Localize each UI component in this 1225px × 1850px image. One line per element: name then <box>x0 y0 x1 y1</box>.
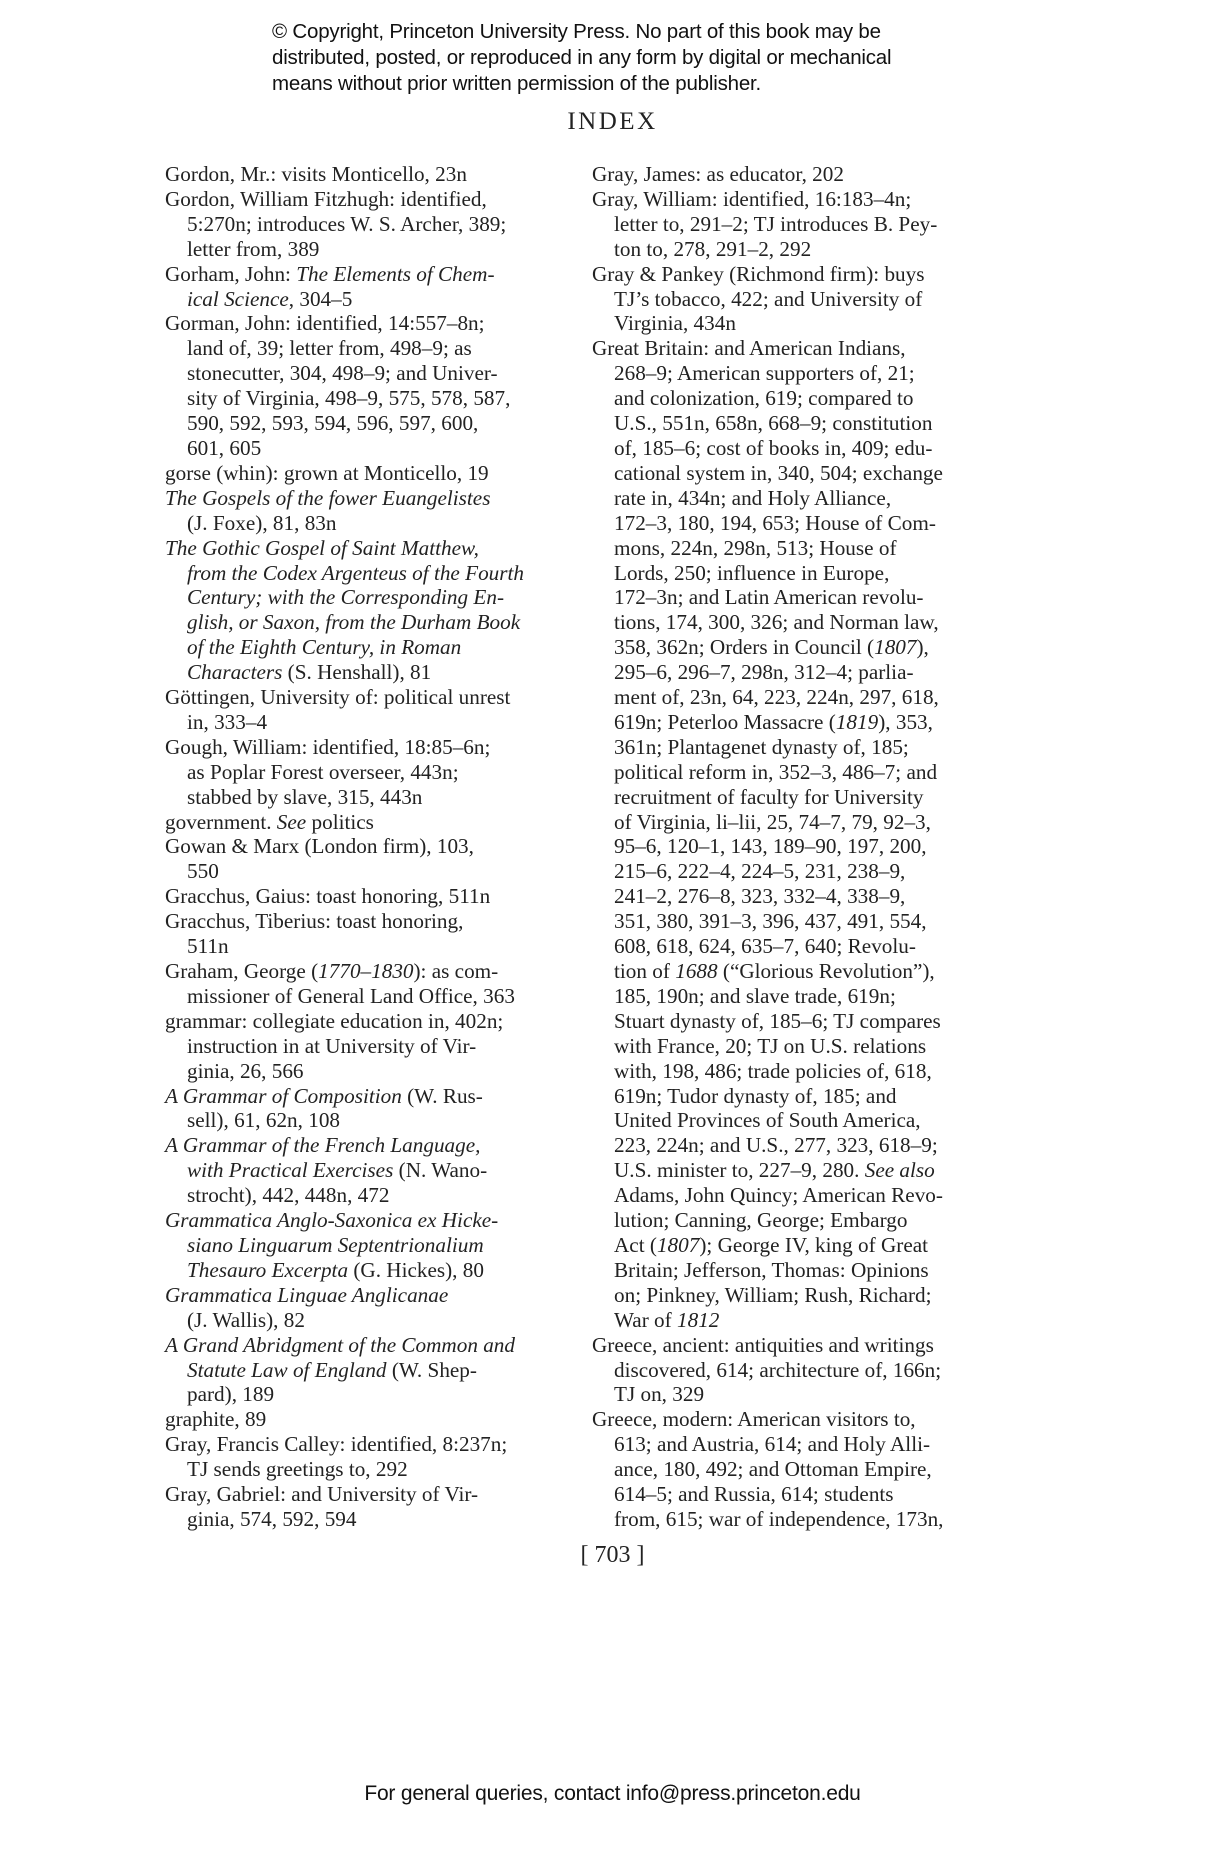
entry-text: ginia, 574, 592, 594 <box>187 1507 357 1531</box>
index-entry-continuation: from, 615; war of independence, 173n, <box>592 1507 1012 1532</box>
index-entry-continuation: cational system in, 340, 504; exchange <box>592 461 1012 486</box>
index-entry-continuation: stonecutter, 304, 498–9; and Univer- <box>165 361 570 386</box>
index-entry-continuation: mons, 224n, 298n, 513; House of <box>592 536 1012 561</box>
index-entry-continuation: 590, 592, 593, 594, 596, 597, 600, <box>165 411 570 436</box>
index-entry-continuation: 268–9; American supporters of, 21; <box>592 361 1012 386</box>
index-entry-continuation: missioner of General Land Office, 363 <box>165 984 570 1009</box>
entry-text: tions, 174, 300, 326; and Norman law, <box>614 610 939 634</box>
italic-text: 1819 <box>836 710 878 734</box>
copyright-notice: © Copyright, Princeton University Press.… <box>272 19 992 97</box>
italic-text: 1812 <box>677 1308 719 1332</box>
entry-text: government. <box>165 810 277 834</box>
index-entry: The Gothic Gospel of Saint Matthew, <box>165 536 570 561</box>
entry-text: U.S. minister to, 227–9, 280. <box>614 1158 865 1182</box>
entry-text: (W. Shep- <box>387 1358 477 1382</box>
page-number: [ 703 ] <box>0 1542 1225 1569</box>
index-entry: grammar: collegiate education in, 402n; <box>165 1009 570 1034</box>
entry-text: missioner of General Land Office, 363 <box>187 984 515 1008</box>
index-entry-continuation: of Virginia, li–lii, 25, 74–7, 79, 92–3, <box>592 810 1012 835</box>
entry-text: ), <box>916 635 928 659</box>
index-entry: Grammatica Anglo-Saxonica ex Hicke- <box>165 1208 570 1233</box>
entry-text: stabbed by slave, 315, 443n <box>187 785 422 809</box>
index-entry: Gorman, John: identified, 14:557–8n; <box>165 311 570 336</box>
entry-text: Act ( <box>614 1233 657 1257</box>
entry-text: 241–2, 276–8, 323, 332–4, 338–9, <box>614 884 905 908</box>
entry-text: political reform in, 352–3, 486–7; and <box>614 760 937 784</box>
entry-text: ment of, 23n, 64, 223, 224n, 297, 618, <box>614 685 939 709</box>
entry-text: lution; Canning, George; Embargo <box>614 1208 907 1232</box>
index-entry-continuation: stabbed by slave, 315, 443n <box>165 785 570 810</box>
entry-text: 351, 380, 391–3, 396, 437, 491, 554, <box>614 909 927 933</box>
entry-text: 608, 618, 624, 635–7, 640; Revolu- <box>614 934 916 958</box>
italic-text: 1807 <box>874 635 916 659</box>
page-title: INDEX <box>0 108 1225 136</box>
entry-text: Gracchus, Gaius: toast honoring, 511n <box>165 884 490 908</box>
index-entry-continuation: Lords, 250; influence in Europe, <box>592 561 1012 586</box>
index-entry-continuation: 614–5; and Russia, 614; students <box>592 1482 1012 1507</box>
entry-text: 358, 362n; Orders in Council ( <box>614 635 874 659</box>
index-entry: Gordon, William Fitzhugh: identified, <box>165 187 570 212</box>
index-entry: Greece, modern: American visitors to, <box>592 1407 1012 1432</box>
index-entry: Gracchus, Tiberius: toast honoring, <box>165 909 570 934</box>
entry-text: Gray, Gabriel: and University of Vir- <box>165 1482 478 1506</box>
index-entry-continuation: 185, 190n; and slave trade, 619n; <box>592 984 1012 1009</box>
italic-text: Grammatica Anglo-Saxonica ex Hicke- <box>165 1208 498 1232</box>
entry-text: ance, 180, 492; and Ottoman Empire, <box>614 1457 932 1481</box>
entry-text: Gray & Pankey (Richmond firm): buys <box>592 262 924 286</box>
entry-text: 5:270n; introduces W. S. Archer, 389; <box>187 212 506 236</box>
index-entry: Göttingen, University of: political unre… <box>165 685 570 710</box>
index-entry: Grammatica Linguae Anglicanae <box>165 1283 570 1308</box>
italic-text: from the Codex Argenteus of the Fourth <box>187 561 524 585</box>
entry-text: 172–3, 180, 194, 653; House of Com- <box>614 511 936 535</box>
index-entry: Gray, James: as educator, 202 <box>592 162 1012 187</box>
entry-text: with, 198, 486; trade policies of, 618, <box>614 1059 932 1083</box>
index-entry-continuation: 172–3n; and Latin American revolu- <box>592 585 1012 610</box>
index-entry-continuation: 223, 224n; and U.S., 277, 323, 618–9; <box>592 1133 1012 1158</box>
index-entry: Greece, ancient: antiquities and writing… <box>592 1333 1012 1358</box>
entry-text: sity of Virginia, 498–9, 575, 578, 587, <box>187 386 510 410</box>
entry-text: letter to, 291–2; TJ introduces B. Pey- <box>614 212 937 236</box>
entry-text: discovered, 614; architecture of, 166n; <box>614 1358 941 1382</box>
index-entry-continuation: 215–6, 222–4, 224–5, 231, 238–9, <box>592 859 1012 884</box>
entry-text: land of, 39; letter from, 498–9; as <box>187 336 472 360</box>
entry-text: 361n; Plantagenet dynasty of, 185; <box>614 735 909 759</box>
index-entry-continuation: Virginia, 434n <box>592 311 1012 336</box>
entry-text: Gray, James: as educator, 202 <box>592 162 844 186</box>
index-entry: Gough, William: identified, 18:85–6n; <box>165 735 570 760</box>
entry-text: of Virginia, li–lii, 25, 74–7, 79, 92–3, <box>614 810 931 834</box>
index-entry-continuation: Thesauro Excerpta (G. Hickes), 80 <box>165 1258 570 1283</box>
entry-text: with France, 20; TJ on U.S. relations <box>614 1034 926 1058</box>
index-entry-continuation: of, 185–6; cost of books in, 409; edu- <box>592 436 1012 461</box>
italic-text: The Gospels of the fower Euangelistes <box>165 486 490 510</box>
contact-footer: For general queries, contact info@press.… <box>0 1782 1225 1806</box>
index-entry-continuation: and colonization, 619; compared to <box>592 386 1012 411</box>
entry-text: mons, 224n, 298n, 513; House of <box>614 536 897 560</box>
entry-text: Gordon, Mr.: visits Monticello, 23n <box>165 162 467 186</box>
entry-text: 215–6, 222–4, 224–5, 231, 238–9, <box>614 859 905 883</box>
index-entry: Gowan & Marx (London firm), 103, <box>165 834 570 859</box>
index-entry-continuation: U.S. minister to, 227–9, 280. See also <box>592 1158 1012 1183</box>
index-entry-continuation: ginia, 26, 566 <box>165 1059 570 1084</box>
index-entry-continuation: Act (1807); George IV, king of Great <box>592 1233 1012 1258</box>
index-entry: Gorham, John: The Elements of Chem- <box>165 262 570 287</box>
index-entry: Gordon, Mr.: visits Monticello, 23n <box>165 162 570 187</box>
italic-text: The Gothic Gospel of Saint Matthew, <box>165 536 479 560</box>
index-entry-continuation: Century; with the Corresponding En- <box>165 585 570 610</box>
entry-text: sell), 61, 62n, 108 <box>187 1108 340 1132</box>
index-entry-continuation: discovered, 614; architecture of, 166n; <box>592 1358 1012 1383</box>
entry-text: Graham, George ( <box>165 959 318 983</box>
entry-text: Great Britain: and American Indians, <box>592 336 906 360</box>
italic-text: A Grammar of the French Language, <box>165 1133 480 1157</box>
entry-text: strocht), 442, 448n, 472 <box>187 1183 389 1207</box>
copyright-line: means without prior written permission o… <box>272 71 992 97</box>
index-entry-continuation: 295–6, 296–7, 298n, 312–4; parlia- <box>592 660 1012 685</box>
entry-text: United Provinces of South America, <box>614 1108 921 1132</box>
entry-text: Gordon, William Fitzhugh: identified, <box>165 187 487 211</box>
index-entry-continuation: with, 198, 486; trade policies of, 618, <box>592 1059 1012 1084</box>
index-entry-continuation: Adams, John Quincy; American Revo- <box>592 1183 1012 1208</box>
index-entry-continuation: (J. Wallis), 82 <box>165 1308 570 1333</box>
index-entry-continuation: lution; Canning, George; Embargo <box>592 1208 1012 1233</box>
index-entry-continuation: instruction in at University of Vir- <box>165 1034 570 1059</box>
entry-text: (J. Wallis), 82 <box>187 1308 305 1332</box>
entry-text: 268–9; American supporters of, 21; <box>614 361 915 385</box>
index-entry: Gray & Pankey (Richmond firm): buys <box>592 262 1012 287</box>
italic-text: See <box>277 810 306 834</box>
index-entry: Gracchus, Gaius: toast honoring, 511n <box>165 884 570 909</box>
entry-text: instruction in at University of Vir- <box>187 1034 476 1058</box>
italic-text: ical Science <box>187 287 289 311</box>
index-entry-continuation: TJ’s tobacco, 422; and University of <box>592 287 1012 312</box>
index-entry-continuation: 351, 380, 391–3, 396, 437, 491, 554, <box>592 909 1012 934</box>
entry-text: (G. Hickes), 80 <box>348 1258 484 1282</box>
index-entry-continuation: U.S., 551n, 658n, 668–9; constitution <box>592 411 1012 436</box>
entry-text: letter from, 389 <box>187 237 319 261</box>
index-entry-continuation: 613; and Austria, 614; and Holy Alli- <box>592 1432 1012 1457</box>
index-entry: A Grammar of Composition (W. Rus- <box>165 1084 570 1109</box>
index-entry-continuation: in, 333–4 <box>165 710 570 735</box>
index-entry: A Grand Abridgment of the Common and <box>165 1333 570 1358</box>
index-entry-continuation: sell), 61, 62n, 108 <box>165 1108 570 1133</box>
entry-text: from, 615; war of independence, 173n, <box>614 1507 943 1531</box>
entry-text: grammar: collegiate education in, 402n; <box>165 1009 503 1033</box>
index-entry-continuation: recruitment of faculty for University <box>592 785 1012 810</box>
entry-text: Gray, William: identified, 16:183–4n; <box>592 187 911 211</box>
italic-text: with Practical Exercises <box>187 1158 393 1182</box>
entry-text: pard), 189 <box>187 1382 274 1406</box>
entry-text: politics <box>306 810 374 834</box>
index-column-right: Gray, James: as educator, 202Gray, Willi… <box>592 162 1012 1532</box>
entry-text: in, 333–4 <box>187 710 267 734</box>
entry-text: ); George IV, king of Great <box>699 1233 928 1257</box>
entry-text: 601, 605 <box>187 436 261 460</box>
entry-text: U.S., 551n, 658n, 668–9; constitution <box>614 411 932 435</box>
index-entry: Gray, Francis Calley: identified, 8:237n… <box>165 1432 570 1457</box>
entry-text: cational system in, 340, 504; exchange <box>614 461 943 485</box>
index-entry-continuation: glish, or Saxon, from the Durham Book <box>165 610 570 635</box>
index-entry-continuation: 358, 362n; Orders in Council (1807), <box>592 635 1012 660</box>
index-entry-continuation: 601, 605 <box>165 436 570 461</box>
index-entry: Graham, George (1770–1830): as com- <box>165 959 570 984</box>
copyright-line: © Copyright, Princeton University Press.… <box>272 19 992 45</box>
index-entry-continuation: (J. Foxe), 81, 83n <box>165 511 570 536</box>
entry-text: 172–3n; and Latin American revolu- <box>614 585 923 609</box>
entry-text: 511n <box>187 934 229 958</box>
index-entry-continuation: ance, 180, 492; and Ottoman Empire, <box>592 1457 1012 1482</box>
entry-text: 619n; Peterloo Massacre ( <box>614 710 836 734</box>
index-entry-continuation: United Provinces of South America, <box>592 1108 1012 1133</box>
index-entry-continuation: ton to, 278, 291–2, 292 <box>592 237 1012 262</box>
entry-text: of, 185–6; cost of books in, 409; edu- <box>614 436 932 460</box>
entry-text: tion of <box>614 959 675 983</box>
index-entry: A Grammar of the French Language, <box>165 1133 570 1158</box>
entry-text: ): as com- <box>414 959 499 983</box>
index-entry-continuation: 5:270n; introduces W. S. Archer, 389; <box>165 212 570 237</box>
entry-text: (W. Rus- <box>402 1084 483 1108</box>
entry-text: Gray, Francis Calley: identified, 8:237n… <box>165 1432 507 1456</box>
index-entry-continuation: 608, 618, 624, 635–7, 640; Revolu- <box>592 934 1012 959</box>
entry-text: Adams, John Quincy; American Revo- <box>614 1183 943 1207</box>
entry-text: 550 <box>187 859 219 883</box>
index-column-left: Gordon, Mr.: visits Monticello, 23nGordo… <box>165 162 570 1532</box>
entry-text: Gorham, John: <box>165 262 296 286</box>
entry-text: as Poplar Forest overseer, 443n; <box>187 760 459 784</box>
entry-text: gorse (whin): grown at Monticello, 19 <box>165 461 489 485</box>
index-entry: graphite, 89 <box>165 1407 570 1432</box>
entry-text: Stuart dynasty of, 185–6; TJ compares <box>614 1009 941 1033</box>
entry-text: TJ sends greetings to, 292 <box>187 1457 408 1481</box>
entry-text: 613; and Austria, 614; and Holy Alli- <box>614 1432 930 1456</box>
index-entry-continuation: Stuart dynasty of, 185–6; TJ compares <box>592 1009 1012 1034</box>
entry-text: (J. Foxe), 81, 83n <box>187 511 336 535</box>
entry-text: Gorman, John: identified, 14:557–8n; <box>165 311 485 335</box>
index-entry-continuation: tions, 174, 300, 326; and Norman law, <box>592 610 1012 635</box>
entry-text: 614–5; and Russia, 614; students <box>614 1482 894 1506</box>
entry-text: TJ’s tobacco, 422; and University of <box>614 287 922 311</box>
index-entry-continuation: War of 1812 <box>592 1308 1012 1333</box>
index-entry-continuation: of the Eighth Century, in Roman <box>165 635 570 660</box>
index-entry-continuation: Britain; Jefferson, Thomas: Opinions <box>592 1258 1012 1283</box>
italic-text: Century; with the Corresponding En- <box>187 585 504 609</box>
index-entry-continuation: 95–6, 120–1, 143, 189–90, 197, 200, <box>592 834 1012 859</box>
italic-text: 1807 <box>657 1233 699 1257</box>
entry-text: Britain; Jefferson, Thomas: Opinions <box>614 1258 929 1282</box>
index-entry-continuation: Statute Law of England (W. Shep- <box>165 1358 570 1383</box>
index-entry-continuation: Characters (S. Henshall), 81 <box>165 660 570 685</box>
italic-text: A Grand Abridgment of the Common and <box>165 1333 515 1357</box>
entry-text: graphite, 89 <box>165 1407 266 1431</box>
entry-text: rate in, 434n; and Holy Alliance, <box>614 486 891 510</box>
index-entry-continuation: with Practical Exercises (N. Wano- <box>165 1158 570 1183</box>
index-entry-continuation: with France, 20; TJ on U.S. relations <box>592 1034 1012 1059</box>
entry-text: (N. Wano- <box>393 1158 487 1182</box>
italic-text: 1770–1830 <box>318 959 413 983</box>
italic-text: glish, or Saxon, from the Durham Book <box>187 610 520 634</box>
index-entry-continuation: as Poplar Forest overseer, 443n; <box>165 760 570 785</box>
index-entry: Great Britain: and American Indians, <box>592 336 1012 361</box>
italic-text: Characters <box>187 660 282 684</box>
index-entry-continuation: TJ sends greetings to, 292 <box>165 1457 570 1482</box>
index-entry: The Gospels of the fower Euangelistes <box>165 486 570 511</box>
copyright-line: distributed, posted, or reproduced in an… <box>272 45 992 71</box>
entry-text: ginia, 26, 566 <box>187 1059 304 1083</box>
entry-text: stonecutter, 304, 498–9; and Univer- <box>187 361 498 385</box>
entry-text: 590, 592, 593, 594, 596, 597, 600, <box>187 411 478 435</box>
italic-text: siano Linguarum Septentrionalium <box>187 1233 484 1257</box>
entry-text: Gowan & Marx (London firm), 103, <box>165 834 474 858</box>
index-entry: Gray, Gabriel: and University of Vir- <box>165 1482 570 1507</box>
index-entry: government. See politics <box>165 810 570 835</box>
index-entry-continuation: 241–2, 276–8, 323, 332–4, 338–9, <box>592 884 1012 909</box>
entry-text: Göttingen, University of: political unre… <box>165 685 510 709</box>
index-entry-continuation: 172–3, 180, 194, 653; House of Com- <box>592 511 1012 536</box>
italic-text: Statute Law of England <box>187 1358 387 1382</box>
index-entry-continuation: pard), 189 <box>165 1382 570 1407</box>
index-entry: Gray, William: identified, 16:183–4n; <box>592 187 1012 212</box>
entry-text: TJ on, 329 <box>614 1382 704 1406</box>
entry-text: Greece, modern: American visitors to, <box>592 1407 916 1431</box>
index-entry-continuation: rate in, 434n; and Holy Alliance, <box>592 486 1012 511</box>
index-entry-continuation: land of, 39; letter from, 498–9; as <box>165 336 570 361</box>
index-entry-continuation: 511n <box>165 934 570 959</box>
index-entry-continuation: tion of 1688 (“Glorious Revolution”), <box>592 959 1012 984</box>
index-entry: gorse (whin): grown at Monticello, 19 <box>165 461 570 486</box>
italic-text: See also <box>865 1158 935 1182</box>
index-entry-continuation: TJ on, 329 <box>592 1382 1012 1407</box>
index-entry-continuation: ical Science, 304–5 <box>165 287 570 312</box>
entry-text: recruitment of faculty for University <box>614 785 923 809</box>
index-entry-continuation: letter to, 291–2; TJ introduces B. Pey- <box>592 212 1012 237</box>
entry-text: on; Pinkney, William; Rush, Richard; <box>614 1283 932 1307</box>
entry-text: Greece, ancient: antiquities and writing… <box>592 1333 934 1357</box>
italic-text: of the Eighth Century, in Roman <box>187 635 461 659</box>
entry-text: War of <box>614 1308 677 1332</box>
entry-text: 619n; Tudor dynasty of, 185; and <box>614 1084 897 1108</box>
entry-text: , 304–5 <box>289 287 353 311</box>
index-entry-continuation: 361n; Plantagenet dynasty of, 185; <box>592 735 1012 760</box>
italic-text: Thesauro Excerpta <box>187 1258 348 1282</box>
entry-text: 185, 190n; and slave trade, 619n; <box>614 984 896 1008</box>
index-entry-continuation: 550 <box>165 859 570 884</box>
entry-text: ton to, 278, 291–2, 292 <box>614 237 811 261</box>
italic-text: The Elements of Chem- <box>296 262 494 286</box>
entry-text: Lords, 250; influence in Europe, <box>614 561 889 585</box>
index-entry-continuation: on; Pinkney, William; Rush, Richard; <box>592 1283 1012 1308</box>
entry-text: 295–6, 296–7, 298n, 312–4; parlia- <box>614 660 914 684</box>
entry-text: 95–6, 120–1, 143, 189–90, 197, 200, <box>614 834 927 858</box>
index-entry-continuation: ginia, 574, 592, 594 <box>165 1507 570 1532</box>
index-entry-continuation: 619n; Tudor dynasty of, 185; and <box>592 1084 1012 1109</box>
italic-text: 1688 <box>675 959 717 983</box>
entry-text: Gracchus, Tiberius: toast honoring, <box>165 909 463 933</box>
index-entry-continuation: strocht), 442, 448n, 472 <box>165 1183 570 1208</box>
entry-text: Gough, William: identified, 18:85–6n; <box>165 735 490 759</box>
entry-text: ), 353, <box>878 710 933 734</box>
entry-text: Virginia, 434n <box>614 311 736 335</box>
italic-text: Grammatica Linguae Anglicanae <box>165 1283 448 1307</box>
index-entry-continuation: political reform in, 352–3, 486–7; and <box>592 760 1012 785</box>
entry-text: 223, 224n; and U.S., 277, 323, 618–9; <box>614 1133 938 1157</box>
index-entry-continuation: 619n; Peterloo Massacre (1819), 353, <box>592 710 1012 735</box>
index-entry-continuation: ment of, 23n, 64, 223, 224n, 297, 618, <box>592 685 1012 710</box>
index-entry-continuation: siano Linguarum Septentrionalium <box>165 1233 570 1258</box>
index-entry-continuation: sity of Virginia, 498–9, 575, 578, 587, <box>165 386 570 411</box>
italic-text: A Grammar of Composition <box>165 1084 402 1108</box>
entry-text: (S. Henshall), 81 <box>282 660 431 684</box>
entry-text: (“Glorious Revolution”), <box>718 959 935 983</box>
index-entry-continuation: letter from, 389 <box>165 237 570 262</box>
index-entry-continuation: from the Codex Argenteus of the Fourth <box>165 561 570 586</box>
entry-text: and colonization, 619; compared to <box>614 386 913 410</box>
